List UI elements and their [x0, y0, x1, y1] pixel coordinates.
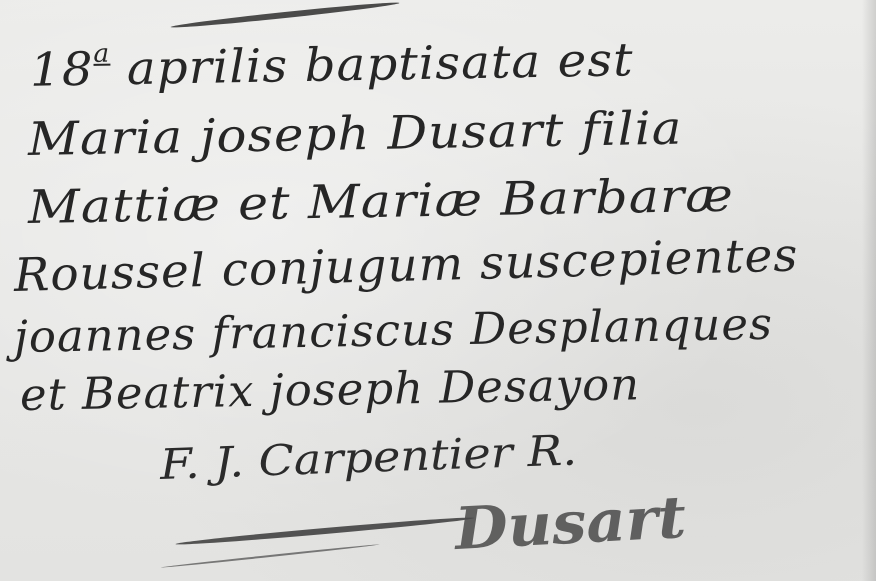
record-line-1: 18a aprilis baptisata est: [30, 29, 635, 96]
father-signature: Dusart: [453, 483, 687, 563]
priest-signature: F. J. Carpentier R.: [159, 425, 578, 489]
record-line-3: Mattiæ et Mariæ Barbaræ: [28, 168, 735, 234]
record-line-1-text: aprilis baptisata est: [126, 32, 634, 95]
record-line-5: joannes franciscus Desplanques: [14, 299, 774, 363]
signature-flourish-stroke-thin: [160, 544, 379, 569]
record-line-6: et Beatrix joseph Desayon: [20, 359, 641, 421]
record-day: 18: [30, 42, 95, 97]
record-line-4: Roussel conjugum suscepientes: [13, 227, 799, 302]
page-edge-shadow: [862, 0, 876, 581]
record-day-suffix: a: [93, 39, 110, 68]
top-flourish-stroke: [170, 0, 399, 30]
record-line-2: Maria joseph Dusart filia: [28, 101, 683, 166]
document-scan: 18a aprilis baptisata est Maria joseph D…: [0, 0, 876, 581]
signature-flourish-stroke: [175, 515, 474, 547]
